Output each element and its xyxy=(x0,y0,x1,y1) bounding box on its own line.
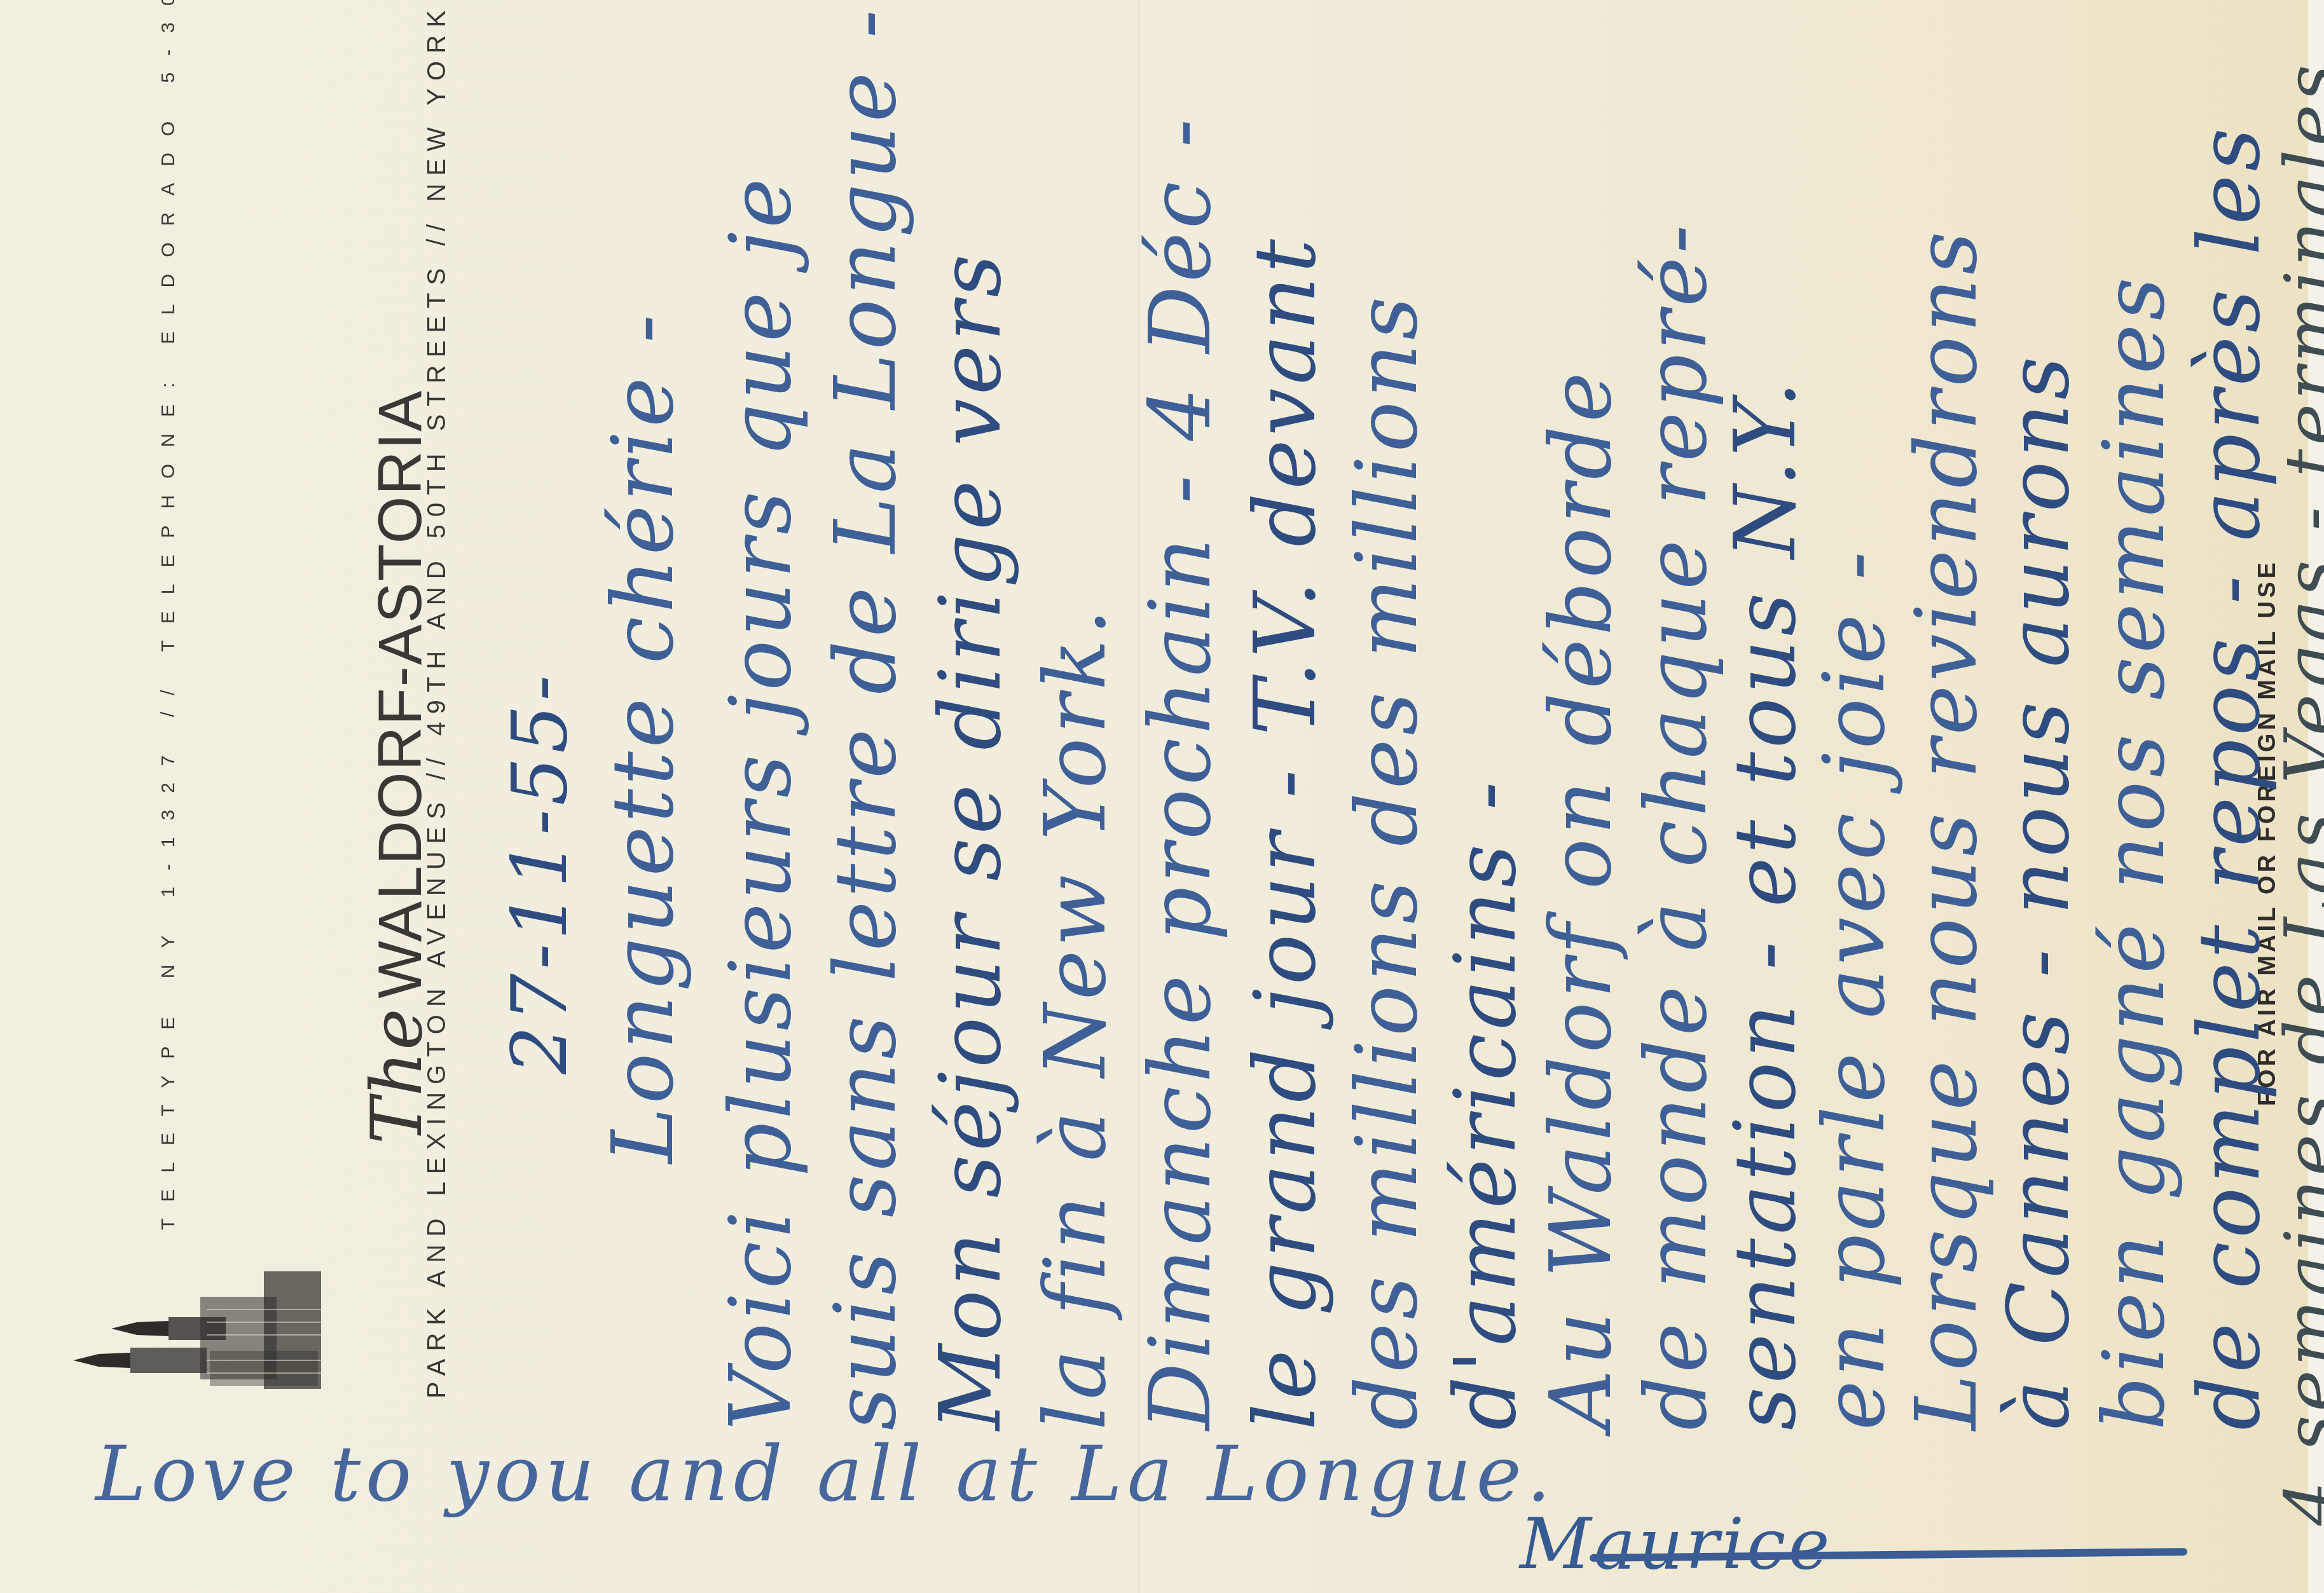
letter-line: 4 semaines de Las Vegas - terminales xyxy=(2270,61,2324,1526)
letter-line: en parle avec joie - xyxy=(1806,548,1904,1430)
letter-line: Mon séjour se dirige vers xyxy=(922,250,1020,1430)
letter-line: à Cannes - nous aurons xyxy=(1990,353,2088,1430)
letter-line: le grand jour - T.V. devant xyxy=(1237,235,1335,1430)
letter-line: bien gagné nos semaines xyxy=(2086,273,2183,1430)
letter-line: de monde à chaque repré- xyxy=(1628,221,1726,1430)
letterhead-contact-line: TELETYPE NY 1-1327 // TELEPHONE: ELDORAD… xyxy=(158,0,179,1230)
letter-line: Voici plusieurs jours que je xyxy=(712,175,810,1430)
letter-date: 27-11-55- xyxy=(496,671,584,1074)
letter-line: Lorsque nous reviendrons xyxy=(1898,228,1996,1430)
letter-line: sentation - et tous N.Y. xyxy=(1717,378,1815,1430)
letter-line: Au Waldorf on déborde xyxy=(1532,369,1630,1430)
letter-line: la fin à New York. xyxy=(1027,605,1125,1430)
letterhead-address-line: PARK AND LEXINGTON AVENUES // 49TH AND 5… xyxy=(423,0,451,1398)
letter-line: Dimanche prochain - 4 Déc - xyxy=(1132,115,1230,1430)
letter-signature: Maurice xyxy=(1520,1503,1832,1585)
letter-line: suis sans lettre de La Longue - xyxy=(817,6,915,1430)
letter-salutation: Longuette chérie - xyxy=(595,311,692,1163)
letter-closing: Love to you and all at La Longue. xyxy=(95,1430,1556,1519)
building-logo-icon xyxy=(73,1259,327,1392)
letter-line: de complet repos - après les xyxy=(2181,124,2279,1430)
letter-line: d'américains - xyxy=(1437,778,1535,1430)
letter-line: des millions des millions xyxy=(1338,293,1436,1430)
